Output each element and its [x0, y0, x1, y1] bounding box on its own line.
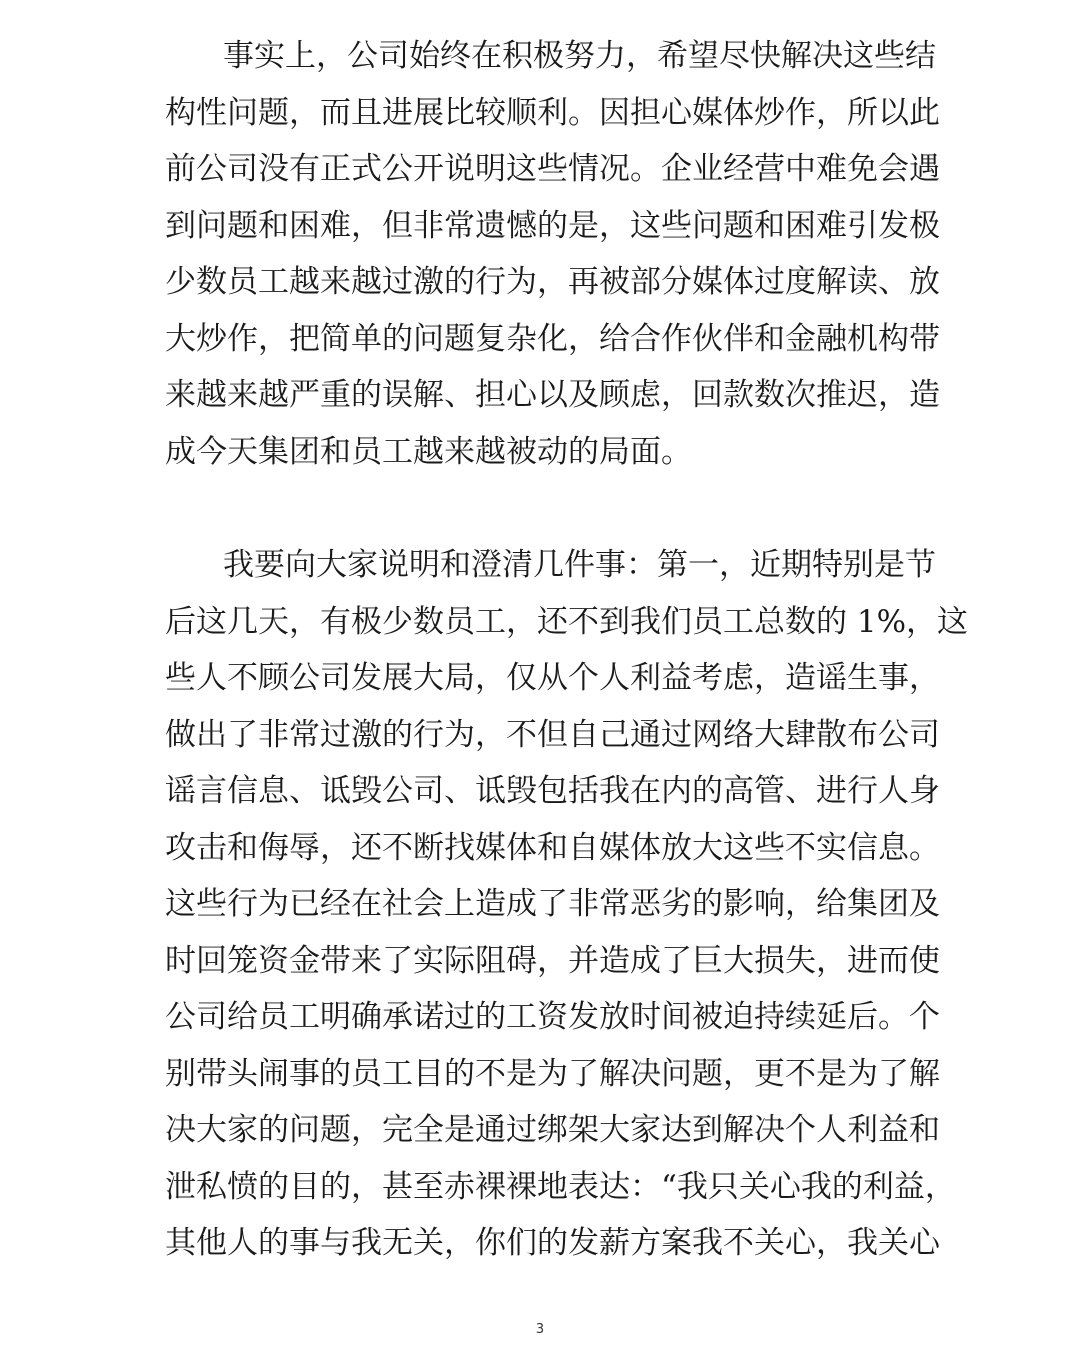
text-line: 少数员工越来越过激的行为，再被部分媒体过度解读、放	[165, 254, 917, 311]
text-line: 公司给员工明确承诺过的工资发放时间被迫持续延后。个	[165, 989, 917, 1046]
text-line: 事实上，公司始终在积极努力，希望尽快解决这些结	[165, 28, 917, 85]
page-number: 3	[0, 1322, 1080, 1337]
text-line: 决大家的问题，完全是通过绑架大家达到解决个人利益和	[165, 1102, 917, 1159]
text-line: 谣言信息、诋毁公司、诋毁包括我在内的高管、进行人身	[165, 763, 917, 820]
text-line: 时回笼资金带来了实际阻碍，并造成了巨大损失，进而使	[165, 933, 917, 990]
paragraph-2: 我要向大家说明和澄清几件事：第一，近期特别是节 后这几天，有极少数员工，还不到我…	[165, 537, 917, 1272]
text-line: 构性问题，而且进展比较顺利。因担心媒体炒作，所以此	[165, 85, 917, 142]
text-line: 来越来越严重的误解、担心以及顾虑，回款数次推迟，造	[165, 367, 917, 424]
text-line: 后这几天，有极少数员工，还不到我们员工总数的 1%，这	[165, 594, 917, 651]
text-line: 前公司没有正式公开说明这些情况。企业经营中难免会遇	[165, 141, 917, 198]
text-line: 成今天集团和员工越来越被动的局面。	[165, 424, 917, 481]
text-line: 做出了非常过激的行为，不但自己通过网络大肆散布公司	[165, 707, 917, 764]
document-page: 事实上，公司始终在积极努力，希望尽快解决这些结 构性问题，而且进展比较顺利。因担…	[0, 0, 1080, 1348]
text-line: 到问题和困难，但非常遗憾的是，这些问题和困难引发极	[165, 198, 917, 255]
text-line: 些人不顾公司发展大局，仅从个人利益考虑，造谣生事，	[165, 650, 917, 707]
text-line: 别带头闹事的员工目的不是为了解决问题，更不是为了解	[165, 1046, 917, 1103]
text-line: 泄私愤的目的，甚至赤裸裸地表达：“我只关心我的利益，	[165, 1159, 917, 1216]
paragraph-1: 事实上，公司始终在积极努力，希望尽快解决这些结 构性问题，而且进展比较顺利。因担…	[165, 28, 917, 480]
text-line: 大炒作，把简单的问题复杂化，给合作伙伴和金融机构带	[165, 311, 917, 368]
text-line: 攻击和侮辱，还不断找媒体和自媒体放大这些不实信息。	[165, 820, 917, 877]
text-line: 其他人的事与我无关，你们的发薪方案我不关心，我关心	[165, 1215, 917, 1272]
text-line: 我要向大家说明和澄清几件事：第一，近期特别是节	[165, 537, 917, 594]
text-line: 这些行为已经在社会上造成了非常恶劣的影响，给集团及	[165, 876, 917, 933]
